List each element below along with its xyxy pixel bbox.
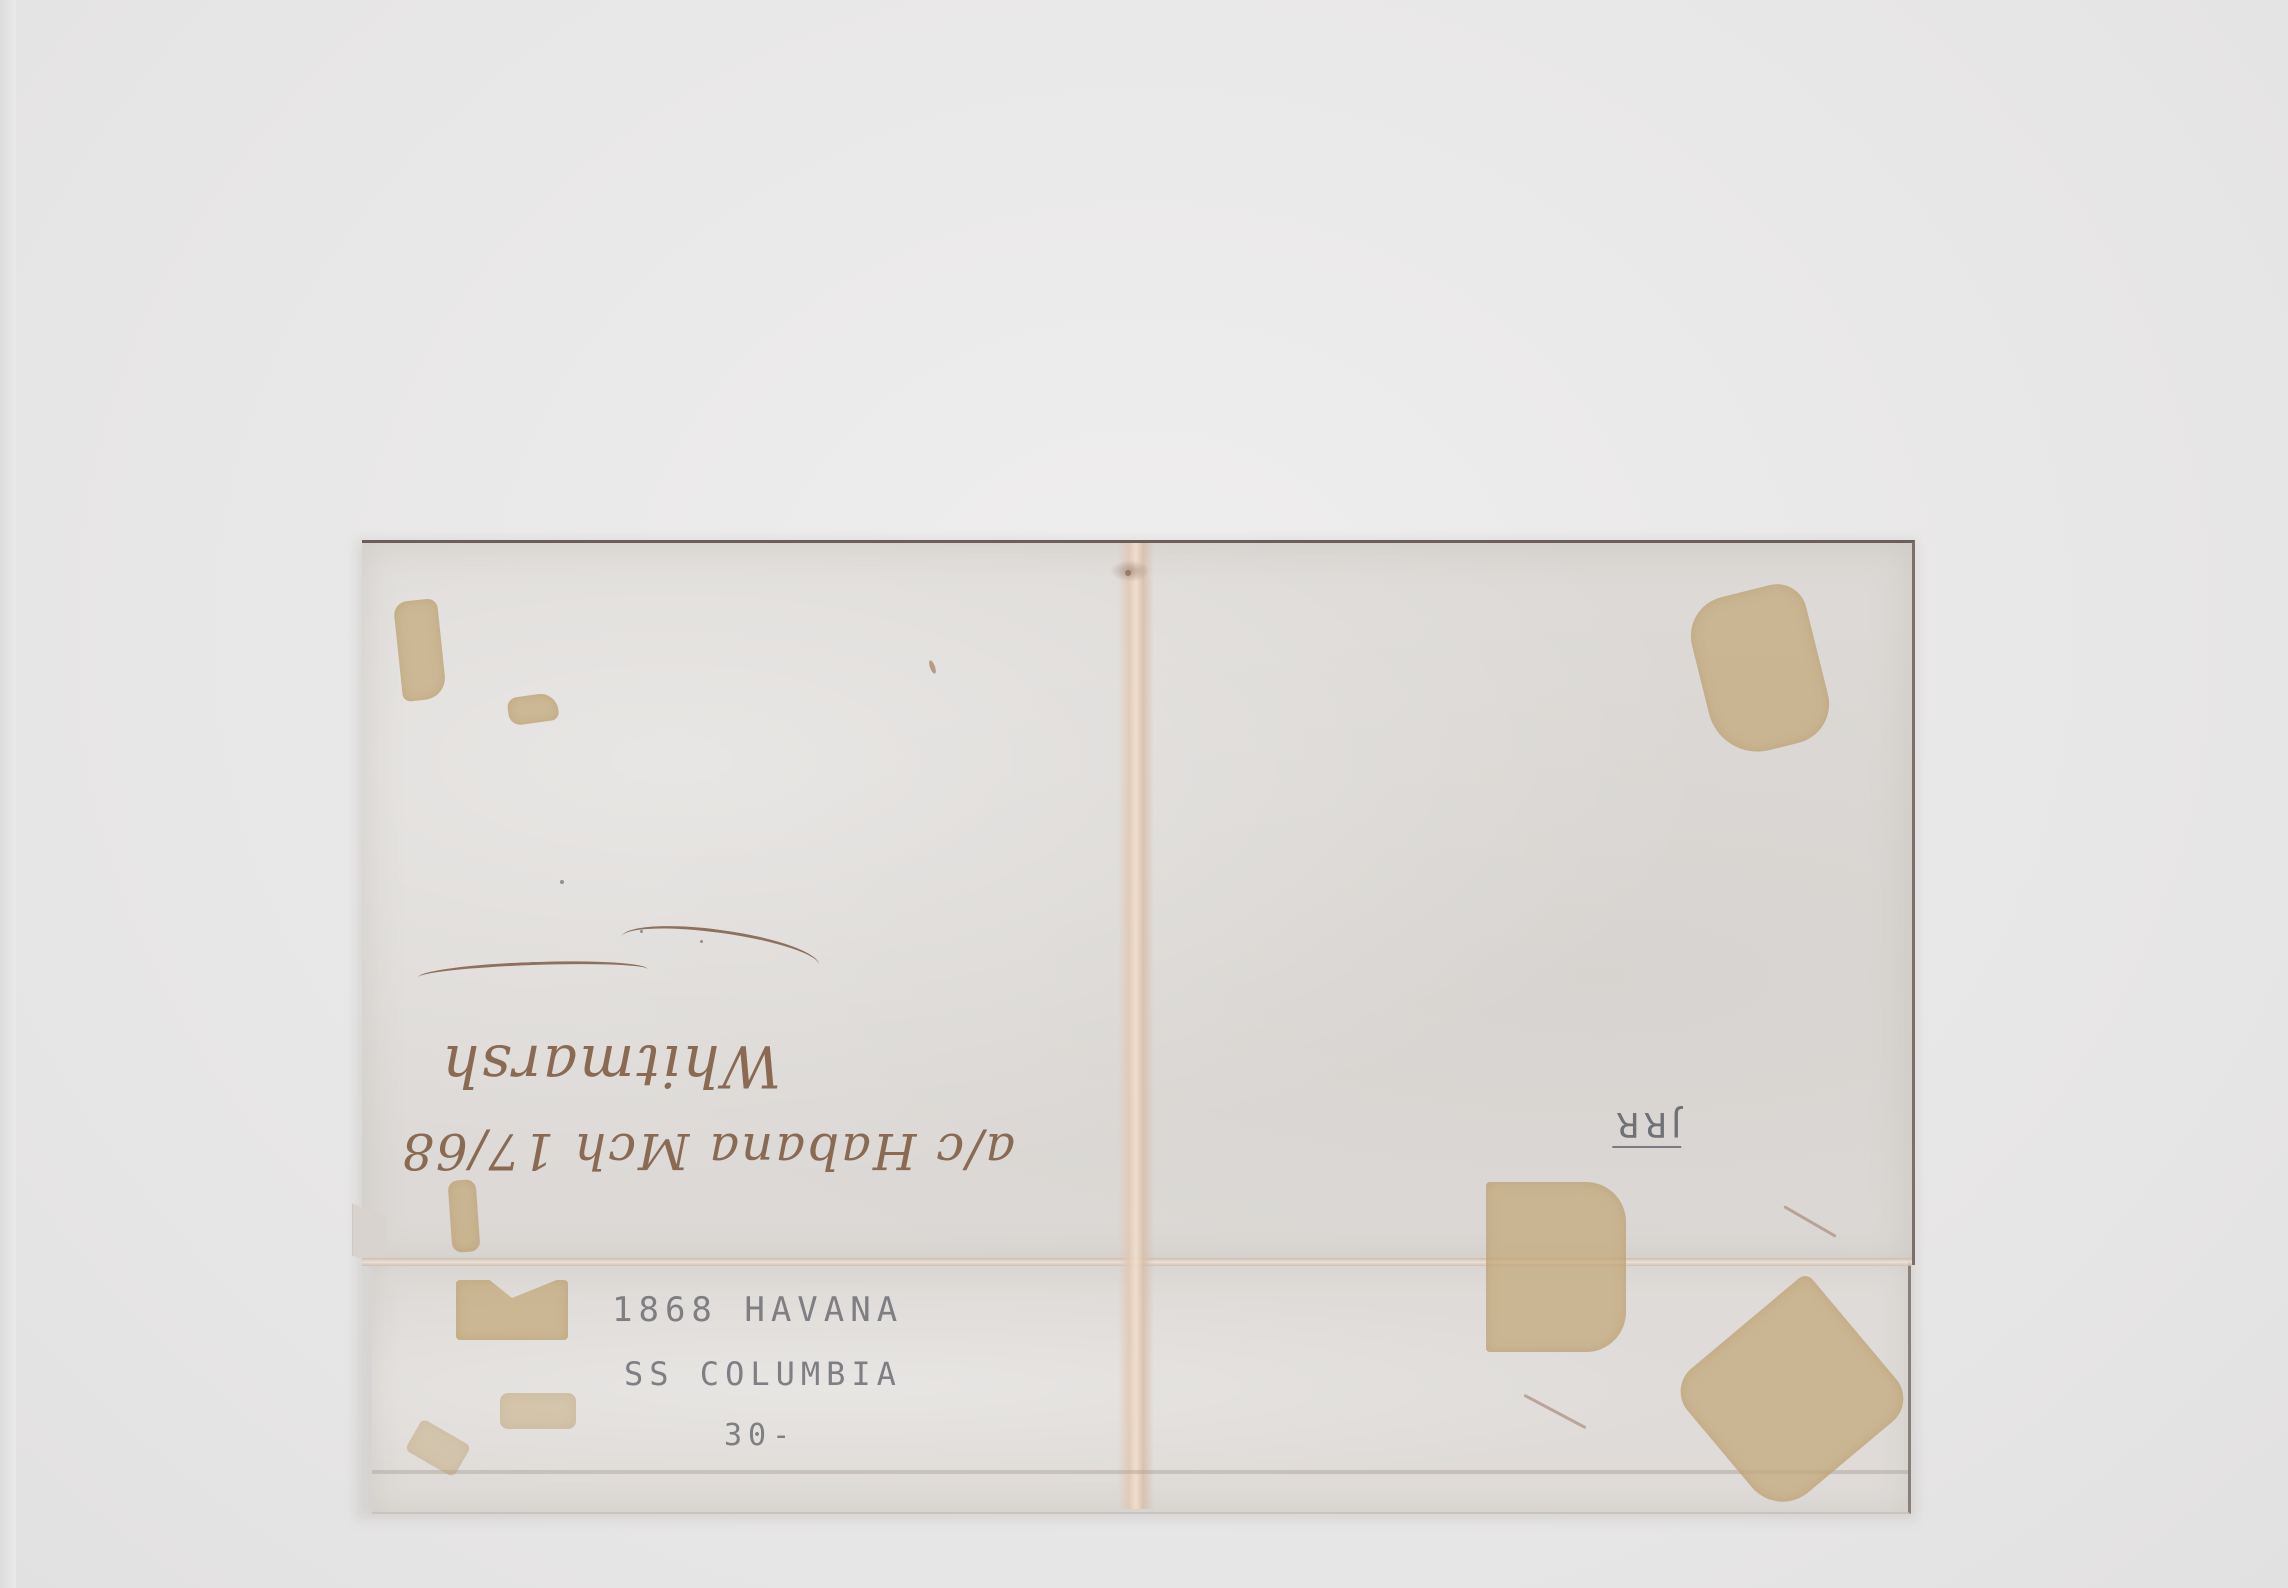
- pencil-initials: JRR: [1612, 1104, 1681, 1148]
- bottom-crease: [372, 1470, 1908, 1474]
- ink-speck: [700, 940, 703, 943]
- pencil-note: 1868 HAVANA: [612, 1290, 903, 1330]
- docket-line: a/c Habana Mch 17/68: [400, 1122, 1015, 1180]
- pencil-note: SS COLUMBIA: [624, 1355, 902, 1393]
- ink-speck: [1125, 570, 1131, 576]
- album-page-edge: [0, 0, 16, 1588]
- hinge-stain: [500, 1393, 576, 1429]
- ink-speck: [640, 930, 643, 933]
- pencil-note: 30-: [724, 1418, 796, 1453]
- ink-docket: Whitmarsh a/c Habana Mch 17/68: [400, 1000, 1160, 1200]
- docket-line: Whitmarsh: [440, 1032, 781, 1100]
- hinge-stain: [1486, 1182, 1626, 1352]
- ink-speck: [560, 880, 564, 884]
